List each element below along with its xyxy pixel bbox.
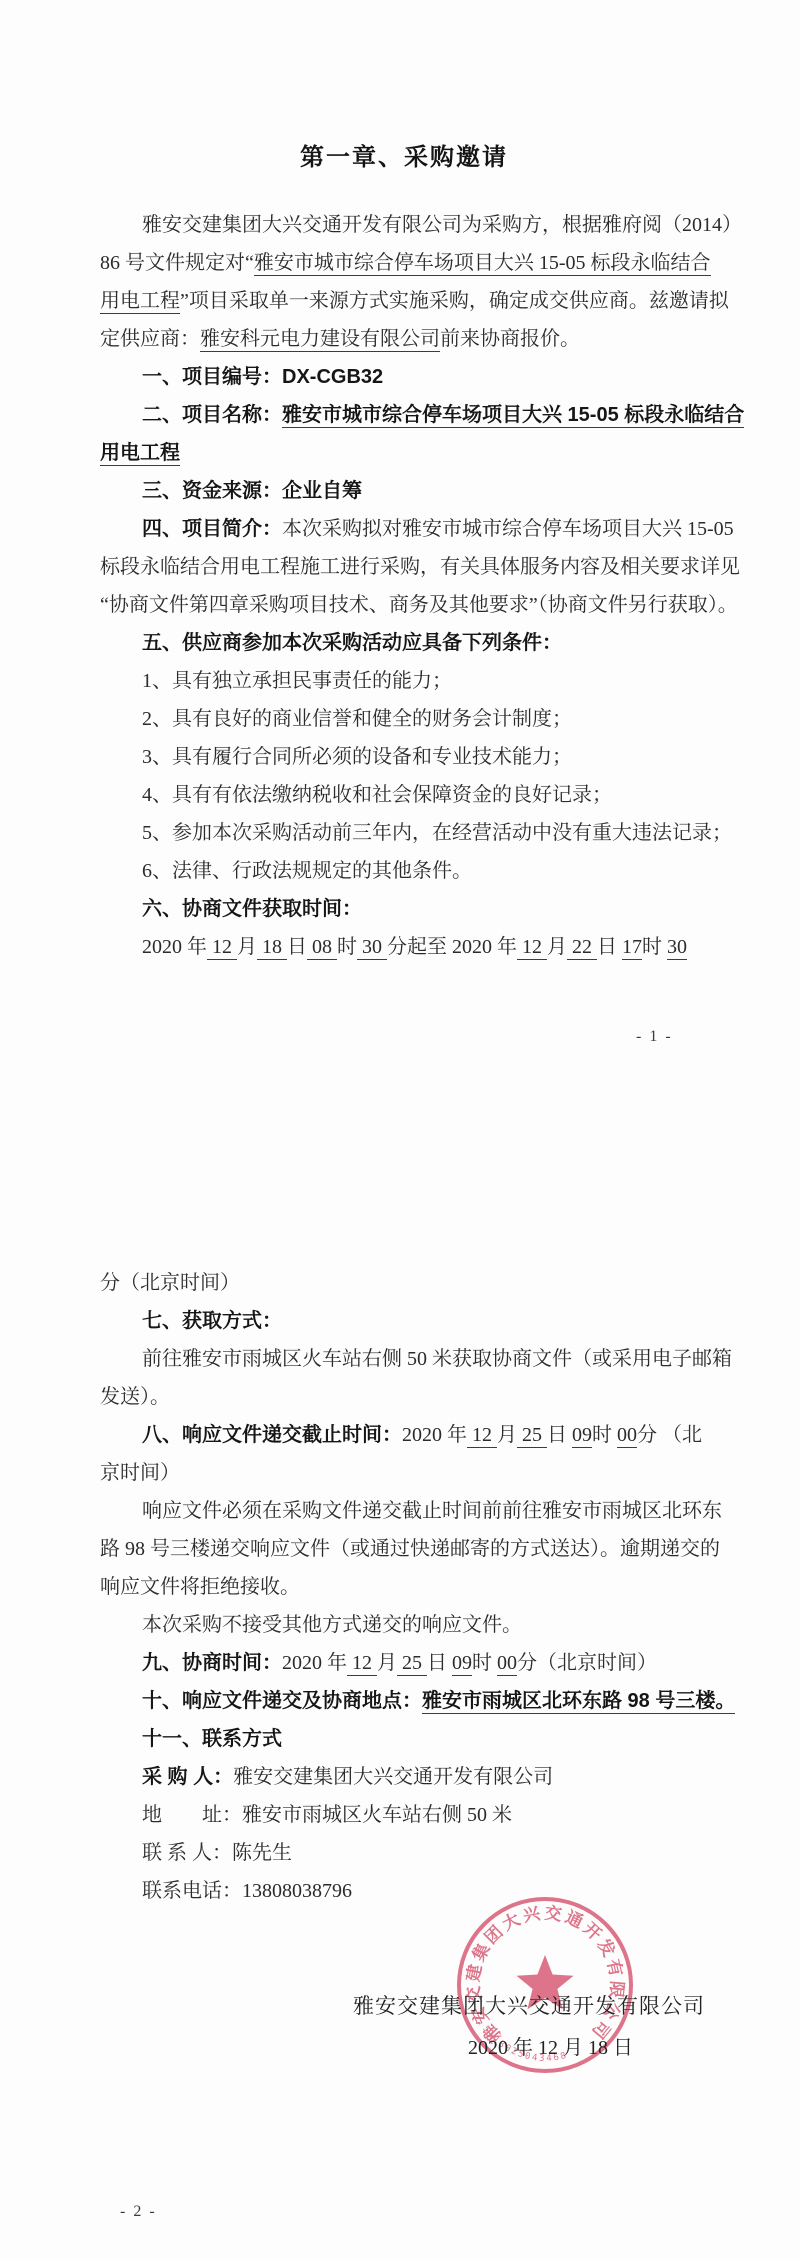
doc-line: 用电工程 (100, 434, 708, 472)
text-segment: 雅安交建集团大兴交通开发有限公司为采购方，根据雅府阅（2014） (142, 214, 742, 236)
text-segment: 联 系 人：陈先生 (142, 1842, 292, 1864)
text-segment: 25 (397, 1652, 427, 1676)
text-segment: 本次采购不接受其他方式递交的响应文件。 (142, 1614, 522, 1636)
text-segment: 分 （北 (637, 1424, 702, 1446)
text-segment: 九、协商时间： (142, 1652, 282, 1674)
text-segment: 12 (347, 1652, 377, 1676)
text-segment: 本次采购拟对雅安市城市综合停车场项目大兴 15-05 (282, 518, 734, 540)
text-segment: 25 (517, 1424, 547, 1448)
text-segment: 12 (517, 936, 547, 960)
doc-line: 定供应商：雅安科元电力建设有限公司前来协商报价。 (100, 320, 708, 358)
doc-line: 3、具有履行合同所必须的设备和专业技术能力； (100, 738, 708, 776)
doc-line: 发送）。 (100, 1378, 708, 1416)
text-segment: 八、响应文件递交截止时间： (142, 1424, 402, 1446)
doc-line: 一、项目编号：DX-CGB32 (100, 358, 708, 396)
text-segment: 日 (547, 1424, 572, 1446)
text-segment: 分（北京时间） (100, 1272, 240, 1294)
text-segment: 时 (592, 1424, 617, 1446)
text-segment: 00 (617, 1424, 637, 1448)
text-segment: 前往雅安市雨城区火车站右侧 50 米获取协商文件（或采用电子邮箱 (142, 1348, 732, 1370)
doc-line: 十、响应文件递交及协商地点：雅安市雨城区北环东路 98 号三楼。 (100, 1682, 708, 1720)
doc-line: 十一、联系方式 (100, 1720, 708, 1758)
page-1-lines: 雅安交建集团大兴交通开发有限公司为采购方，根据雅府阅（2014）86 号文件规定… (100, 206, 708, 966)
text-segment: 时 (642, 936, 667, 958)
text-segment: 09 (452, 1652, 472, 1676)
text-segment: 定供应商： (100, 328, 200, 350)
doc-line: 京时间） (100, 1454, 708, 1492)
doc-line: 本次采购不接受其他方式递交的响应文件。 (100, 1606, 708, 1644)
page-number-1: - 1 - (636, 1028, 673, 1046)
doc-line: 五、供应商参加本次采购活动应具备下列条件： (100, 624, 708, 662)
text-segment: 分起至 2020 年 (387, 936, 517, 958)
text-segment: 发送）。 (100, 1386, 170, 1408)
text-segment: 七、获取方式： (142, 1310, 282, 1332)
text-segment: 五、供应商参加本次采购活动应具备下列条件： (142, 632, 562, 654)
doc-line: 用电工程”项目采取单一来源方式实施采购，确定成交供应商。兹邀请拟 (100, 282, 708, 320)
doc-line: 分（北京时间） (100, 1264, 708, 1302)
text-segment: 22 (567, 936, 597, 960)
doc-line: 八、响应文件递交截止时间：2020 年 12 月 25 日 09时 00分 （北 (100, 1416, 708, 1454)
text-segment: 30 (667, 936, 687, 960)
text-segment: 十一、联系方式 (142, 1728, 282, 1750)
text-segment: 六、协商文件获取时间： (142, 898, 362, 920)
text-segment: 08 (307, 936, 337, 960)
page-number-2: - 2 - (120, 2203, 157, 2221)
text-segment: 雅安市雨城区北环东路 98 号三楼。 (422, 1690, 735, 1714)
text-segment: 2020 年 (402, 1424, 467, 1446)
text-segment: 3、具有履行合同所必须的设备和专业技术能力； (142, 746, 572, 768)
text-segment: 一、项目编号： (142, 366, 282, 388)
text-segment: 雅安市城市综合停车场项目大兴 15-05 标段永临结合 (282, 404, 744, 428)
doc-line: 七、获取方式： (100, 1302, 708, 1340)
text-segment: 雅安市城市综合停车场项目大兴 15-05 标段永临结合 (254, 252, 711, 276)
text-segment: 月 (377, 1652, 397, 1674)
text-segment: 响应文件必须在采购文件递交截止时间前前往雅安市雨城区北环东 (142, 1500, 722, 1522)
doc-line: 6、法律、行政法规规定的其他条件。 (100, 852, 708, 890)
text-segment: 用电工程 (100, 290, 180, 314)
text-segment: 四、项目简介： (142, 518, 282, 540)
doc-line: 响应文件将拒绝接收。 (100, 1568, 708, 1606)
doc-line: 联 系 人：陈先生 (100, 1834, 708, 1872)
text-segment: 十、响应文件递交及协商地点： (142, 1690, 422, 1712)
doc-line: 标段永临结合用电工程施工进行采购，有关具体服务内容及相关要求详见 (100, 548, 708, 586)
signature-company: 雅安交建集团大兴交通开发有限公司 (105, 1990, 705, 2020)
text-segment: 6、法律、行政法规规定的其他条件。 (142, 860, 472, 882)
doc-line: 地 址：雅安市雨城区火车站右侧 50 米 (100, 1796, 708, 1834)
text-segment: 日 (287, 936, 307, 958)
doc-line: 三、资金来源：企业自筹 (100, 472, 708, 510)
page-1-content: 第一章、采购邀请 雅安交建集团大兴交通开发有限公司为采购方，根据雅府阅（2014… (100, 142, 708, 966)
text-segment: 企业自筹 (282, 480, 362, 502)
text-segment: 18 (257, 936, 287, 960)
text-segment: 86 号文件规定对“ (100, 252, 254, 274)
text-segment: 00 (497, 1652, 517, 1676)
text-segment: ”项目采取单一来源方式实施采购，确定成交供应商。兹邀请拟 (180, 290, 729, 312)
doc-line: 1、具有独立承担民事责任的能力； (100, 662, 708, 700)
doc-line: 86 号文件规定对“雅安市城市综合停车场项目大兴 15-05 标段永临结合 (100, 244, 708, 282)
text-segment: 三、资金来源： (142, 480, 282, 502)
doc-line: 二、项目名称：雅安市城市综合停车场项目大兴 15-05 标段永临结合 (100, 396, 708, 434)
doc-line: 四、项目简介：本次采购拟对雅安市城市综合停车场项目大兴 15-05 (100, 510, 708, 548)
text-segment: 京时间） (100, 1462, 180, 1484)
text-segment: 月 (237, 936, 257, 958)
signature-date: 2020 年 12 月 18 日 (105, 2031, 705, 2060)
text-segment: 4、具有有依法缴纳税收和社会保障资金的良好记录； (142, 784, 612, 806)
text-segment: 日 (597, 936, 622, 958)
text-segment: 用电工程 (100, 442, 180, 466)
text-segment: 时 (472, 1652, 497, 1674)
text-segment: 5、参加本次采购活动前三年内，在经营活动中没有重大违法记录； (142, 822, 732, 844)
text-segment: 前来协商报价。 (440, 328, 580, 350)
text-segment: 时 (337, 936, 357, 958)
text-segment: “协商文件第四章采购项目技术、商务及其他要求”（协商文件另行获取）。 (100, 594, 738, 616)
doc-line: 采 购 人：雅安交建集团大兴交通开发有限公司 (100, 1758, 708, 1796)
doc-line: “协商文件第四章采购项目技术、商务及其他要求”（协商文件另行获取）。 (100, 586, 708, 624)
text-segment: 12 (467, 1424, 497, 1448)
page-2-lines: 分（北京时间）七、获取方式：前往雅安市雨城区火车站右侧 50 米获取协商文件（或… (100, 1264, 708, 1910)
text-segment: 分（北京时间） (517, 1652, 657, 1674)
text-segment: 路 98 号三楼递交响应文件（或通过快递邮寄的方式送达）。逾期递交的 (100, 1538, 720, 1560)
text-segment: 月 (497, 1424, 517, 1446)
doc-line: 响应文件必须在采购文件递交截止时间前前往雅安市雨城区北环东 (100, 1492, 708, 1530)
text-segment: DX-CGB32 (282, 366, 383, 388)
text-segment: 采 购 人： (142, 1766, 233, 1788)
text-segment: 雅安交建集团大兴交通开发有限公司 (233, 1766, 553, 1788)
text-segment: 雅安科元电力建设有限公司 (200, 328, 440, 352)
text-segment: 12 (207, 936, 237, 960)
text-segment: 2020 年 (282, 1652, 347, 1674)
doc-line: 九、协商时间：2020 年 12 月 25 日 09时 00分（北京时间） (100, 1644, 708, 1682)
text-segment: 2、具有良好的商业信誉和健全的财务会计制度； (142, 708, 572, 730)
doc-line: 雅安交建集团大兴交通开发有限公司为采购方，根据雅府阅（2014） (100, 206, 708, 244)
doc-line: 前往雅安市雨城区火车站右侧 50 米获取协商文件（或采用电子邮箱 (100, 1340, 708, 1378)
text-segment: 1、具有独立承担民事责任的能力； (142, 670, 452, 692)
doc-line: 2、具有良好的商业信誉和健全的财务会计制度； (100, 700, 708, 738)
text-segment: 地 址：雅安市雨城区火车站右侧 50 米 (142, 1804, 512, 1826)
text-segment: 标段永临结合用电工程施工进行采购，有关具体服务内容及相关要求详见 (100, 556, 740, 578)
text-segment: 30 (357, 936, 387, 960)
text-segment: 17 (622, 936, 642, 960)
text-segment: 日 (427, 1652, 452, 1674)
text-segment: 联系电话：13808038796 (142, 1880, 352, 1902)
text-segment: 2020 年 (142, 936, 207, 958)
page-title: 第一章、采购邀请 (100, 142, 708, 174)
text-segment: 二、项目名称： (142, 404, 282, 426)
text-segment: 09 (572, 1424, 592, 1448)
text-segment: 月 (547, 936, 567, 958)
doc-line: 六、协商文件获取时间： (100, 890, 708, 928)
doc-line: 4、具有有依法缴纳税收和社会保障资金的良好记录； (100, 776, 708, 814)
doc-line: 5、参加本次采购活动前三年内，在经营活动中没有重大违法记录； (100, 814, 708, 852)
document-scan: 第一章、采购邀请 雅安交建集团大兴交通开发有限公司为采购方，根据雅府阅（2014… (0, 0, 800, 2261)
doc-line: 2020 年 12 月 18 日 08 时 30 分起至 2020 年 12 月… (100, 928, 708, 966)
text-segment: 响应文件将拒绝接收。 (100, 1576, 300, 1598)
doc-line: 路 98 号三楼递交响应文件（或通过快递邮寄的方式送达）。逾期递交的 (100, 1530, 708, 1568)
